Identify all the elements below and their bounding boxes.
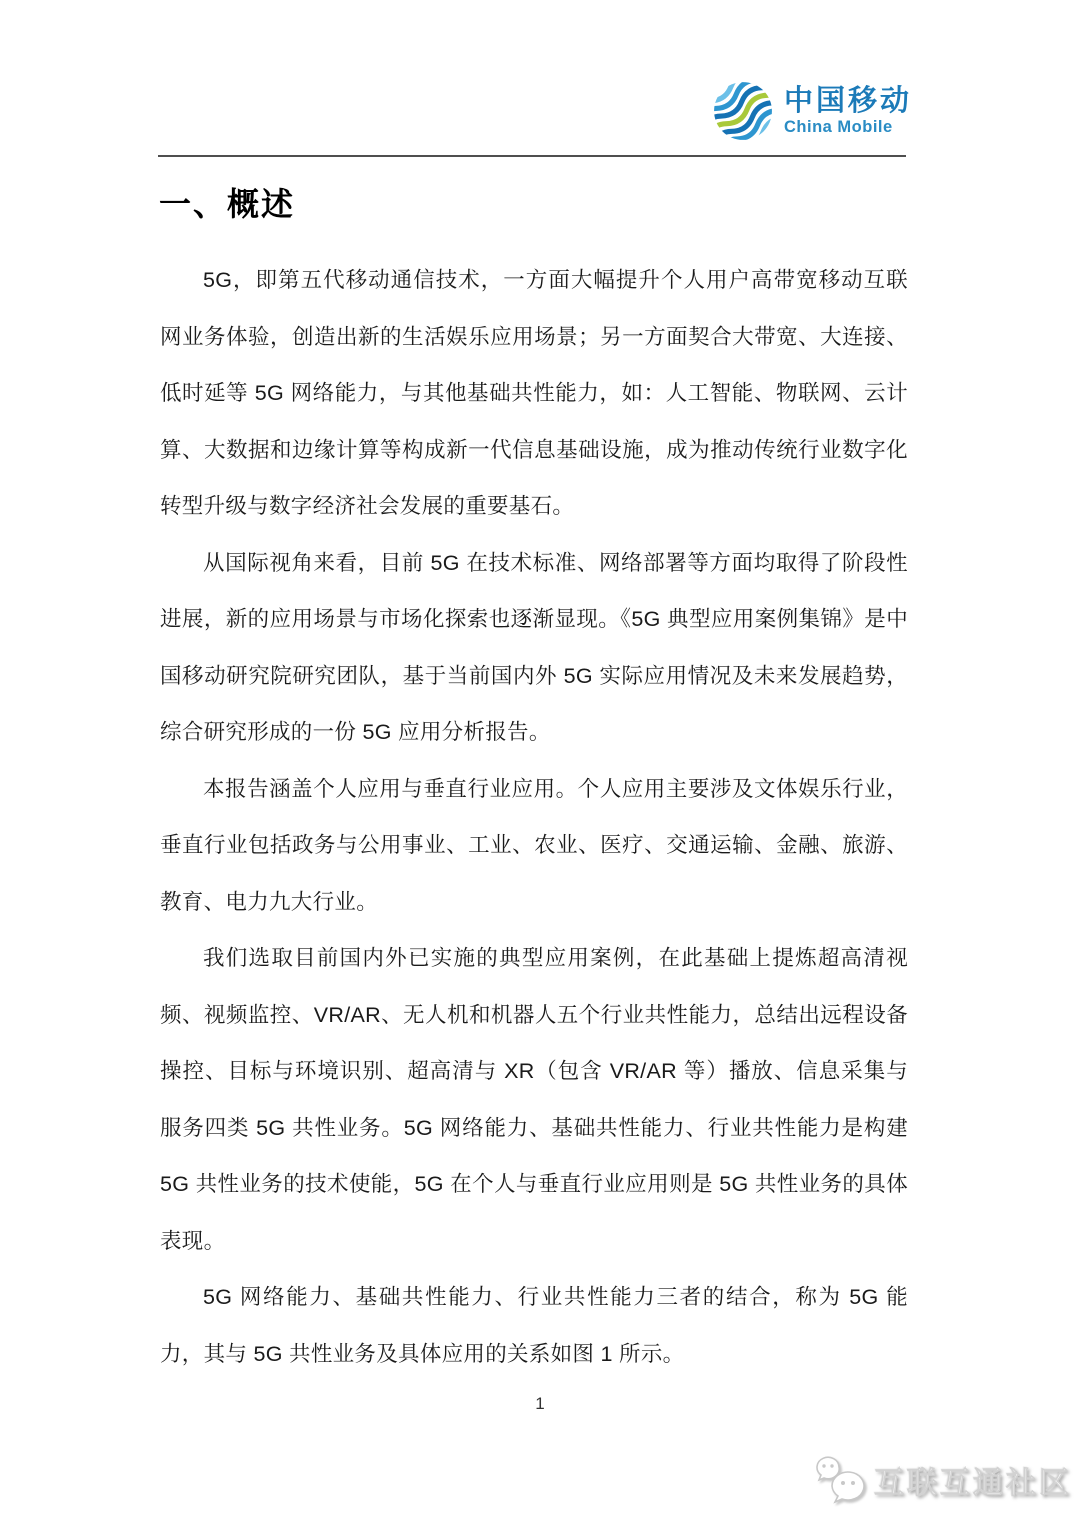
- body-text: 5G，即第五代移动通信技术，一方面大幅提升个人用户高带宽移动互联网业务体验，创造…: [160, 252, 908, 1382]
- china-mobile-globe-icon: [712, 80, 774, 142]
- watermark: 互联互通社区: [812, 1452, 1072, 1508]
- watermark-label: 互联互通社区: [874, 1458, 1072, 1502]
- page-number: 1: [0, 1392, 1080, 1416]
- logo-text-block: 中国移动 China Mobile: [784, 86, 912, 137]
- paragraph-3: 本报告涵盖个人应用与垂直行业应用。个人应用主要涉及文体娱乐行业，垂直行业包括政务…: [160, 761, 908, 931]
- paragraph-1: 5G，即第五代移动通信技术，一方面大幅提升个人用户高带宽移动互联网业务体验，创造…: [160, 252, 908, 535]
- paragraph-4: 我们选取目前国内外已实施的典型应用案例，在此基础上提炼超高清视频、视频监控、VR…: [160, 930, 908, 1269]
- paragraph-2: 从国际视角来看，目前 5G 在技术标准、网络部署等方面均取得了阶段性进展，新的应…: [160, 535, 908, 761]
- paragraph-5: 5G 网络能力、基础共性能力、行业共性能力三者的结合，称为 5G 能力，其与 5…: [160, 1269, 908, 1382]
- logo-en-text: China Mobile: [784, 117, 893, 137]
- china-mobile-logo: 中国移动 China Mobile: [712, 80, 912, 142]
- section-heading: 一、概述: [159, 184, 295, 224]
- document-page: 中国移动 China Mobile 一、概述 5G，即第五代移动通信技术，一方面…: [0, 0, 1080, 1526]
- header-divider-line: [158, 155, 906, 157]
- wechat-bubbles-icon: [812, 1456, 866, 1504]
- logo-cn-text: 中国移动: [784, 86, 912, 116]
